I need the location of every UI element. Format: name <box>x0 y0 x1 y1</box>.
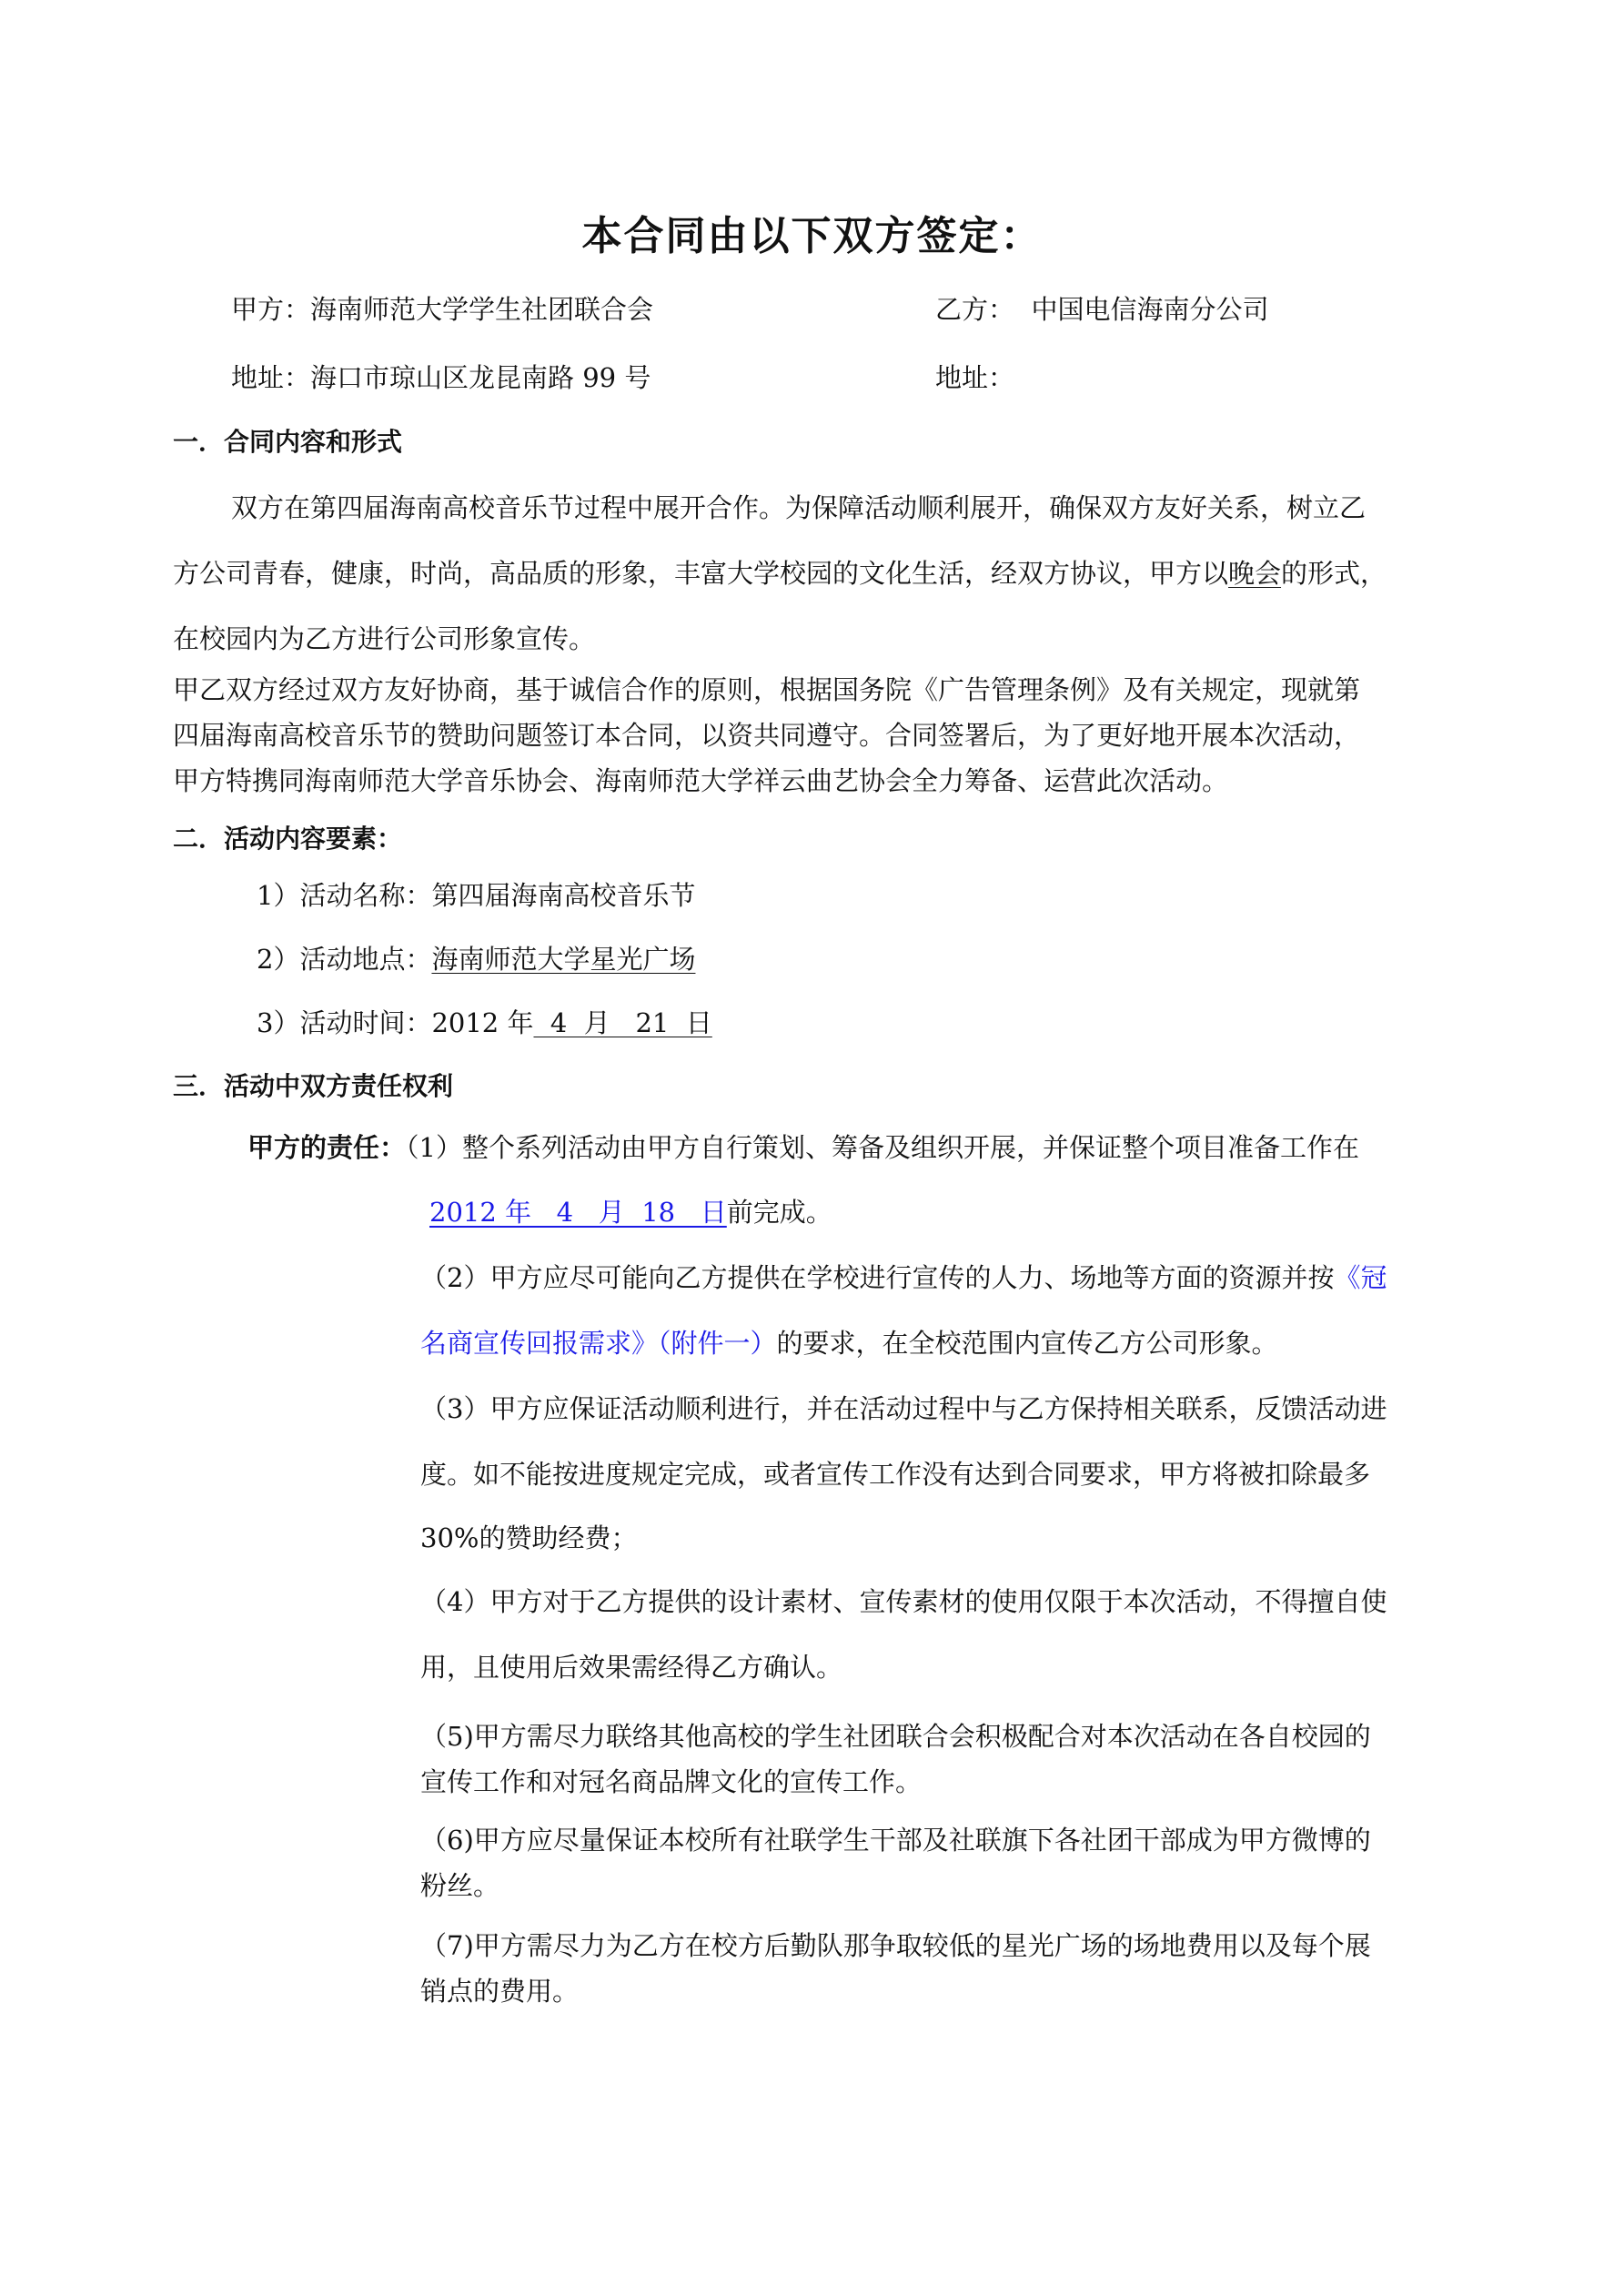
activity-time-row: 3）活动时间：2012 年 4 月 21 日 <box>257 1006 712 1039</box>
item3-line3: 30%的赞助经费； <box>420 1522 637 1554</box>
contract-page: 本合同由以下双方签定： 甲方：海南师范大学学生社团联合会 乙方： 中国电信海南分… <box>0 0 1624 2296</box>
party-a-address: 海口市琼山区龙昆南路 99 号 <box>310 362 651 393</box>
section-1-para1-line2: 方公司青春，健康，时尚，高品质的形象，丰富大学校园的文化生活，经双方协议，甲方以… <box>173 557 1387 590</box>
activity-location-label: 2）活动地点： <box>257 944 431 975</box>
deadline-date-link[interactable]: 2012 年 4 月 18 日 <box>429 1197 727 1228</box>
party-a-row: 甲方：海南师范大学学生社团联合会 <box>231 293 653 326</box>
item4-line2: 用，且使用后效果需经得乙方确认。 <box>420 1651 842 1684</box>
party-b-address-row: 地址： <box>935 361 1014 394</box>
item5-line2: 宣传工作和对冠名商品牌文化的宣传工作。 <box>420 1765 922 1798</box>
section-1-para1-line1: 双方在第四届海南高校音乐节过程中展开合作。为保障活动顺利展开，确保双方友好关系，… <box>231 491 1366 524</box>
party-a-address-label: 地址： <box>231 362 310 393</box>
party-a-label: 甲方： <box>231 294 310 325</box>
item7-line1: （7)甲方需尽力为乙方在校方后勤队那争取较低的星光广场的场地费用以及每个展 <box>420 1929 1371 1962</box>
activity-time-date: 4 月 21 日 <box>533 1007 711 1038</box>
item5-line1: （5)甲方需尽力联络其他高校的学生社团联合会积极配合对本次活动在各自校园的 <box>420 1720 1371 1753</box>
item1-line2-suffix: 前完成。 <box>727 1197 832 1228</box>
document-title: 本合同由以下双方签定： <box>0 211 1624 262</box>
section-1-para2-line3: 甲方特携同海南师范大学音乐协会、海南师范大学祥云曲艺协会全力筹备、运营此次活动。 <box>173 764 1228 797</box>
activity-time-year: 2012 年 <box>431 1007 533 1038</box>
activity-location-row: 2）活动地点：海南师范大学星光广场 <box>257 943 695 976</box>
item1-line1: （1）整个系列活动由甲方自行策划、筹备及组织开展，并保证整个项目准备工作在 <box>406 1132 1359 1163</box>
item2-line2: 名商宣传回报需求》（附件一）的要求，在全校范围内宣传乙方公司形象。 <box>420 1327 1278 1360</box>
party-b-address-label: 地址： <box>935 362 1014 393</box>
party-a-address-row: 地址：海口市琼山区龙昆南路 99 号 <box>231 361 651 394</box>
item2-line2-suffix: 的要求，在全校范围内宣传乙方公司形象。 <box>777 1328 1278 1359</box>
item6-line1: （6)甲方应尽量保证本校所有社联学生干部及社联旗下各社团干部成为甲方微博的 <box>420 1824 1371 1856</box>
party-b-name: 中国电信海南分公司 <box>1031 294 1268 325</box>
item4-line1: （4）甲方对于乙方提供的设计素材、宣传素材的使用仅限于本次活动，不得擅自使 <box>420 1585 1387 1618</box>
attachment-link-start[interactable]: 《冠 <box>1334 1262 1387 1293</box>
item3-line2: 度。如不能按进度规定完成，或者宣传工作没有达到合同要求，甲方将被扣除最多 <box>420 1458 1370 1491</box>
attachment-link[interactable]: 名商宣传回报需求》（附件一） <box>420 1328 777 1359</box>
item2-line1-text: （2）甲方应尽可能向乙方提供在学校进行宣传的人力、场地等方面的资源并按 <box>420 1262 1334 1293</box>
party-b-row: 乙方： 中国电信海南分公司 <box>935 293 1268 326</box>
party-a-name: 海南师范大学学生社团联合会 <box>310 294 653 325</box>
item1-line2: 2012 年 4 月 18 日前完成。 <box>429 1196 832 1229</box>
party-a-responsibility-row: 甲方的责任：（1）整个系列活动由甲方自行策划、筹备及组织开展，并保证整个项目准备… <box>247 1131 1359 1164</box>
section-1-para1-line3: 在校园内为乙方进行公司形象宣传。 <box>173 622 595 655</box>
activity-location-value: 海南师范大学星光广场 <box>431 944 695 975</box>
item7-line2: 销点的费用。 <box>420 1975 579 2008</box>
activity-name-row: 1）活动名称：第四届海南高校音乐节 <box>257 879 695 912</box>
section-1-para2-line1: 甲乙双方经过双方友好协商，基于诚信合作的原则，根据国务院《广告管理条例》及有关规… <box>173 673 1360 706</box>
section-1-heading: 一．合同内容和形式 <box>173 426 402 459</box>
activity-time-label: 3）活动时间： <box>257 1007 431 1038</box>
party-a-responsibility-label: 甲方的责任： <box>247 1132 406 1163</box>
evening-gala-underlined: 晚会 <box>1228 558 1281 589</box>
item3-line1: （3）甲方应保证活动顺利进行，并在活动过程中与乙方保持相关联系，反馈活动进 <box>420 1392 1387 1425</box>
section-2-heading: 二．活动内容要素： <box>173 823 402 855</box>
section-1-para2-line2: 四届海南高校音乐节的赞助问题签订本合同，以资共同遵守。合同签署后，为了更好地开展… <box>173 719 1360 752</box>
activity-name-label: 1）活动名称： <box>257 880 431 911</box>
para1-line2-text-a: 方公司青春，健康，时尚，高品质的形象，丰富大学校园的文化生活，经双方协议，甲方以 <box>173 558 1228 589</box>
item6-line2: 粉丝。 <box>420 1869 499 1902</box>
item2-line1: （2）甲方应尽可能向乙方提供在学校进行宣传的人力、场地等方面的资源并按《冠 <box>420 1261 1387 1294</box>
activity-name-value: 第四届海南高校音乐节 <box>431 880 695 911</box>
section-3-heading: 三．活动中双方责任权利 <box>173 1070 453 1103</box>
party-b-label: 乙方： <box>935 294 1014 325</box>
para1-line2-text-b: 的形式， <box>1281 558 1387 589</box>
